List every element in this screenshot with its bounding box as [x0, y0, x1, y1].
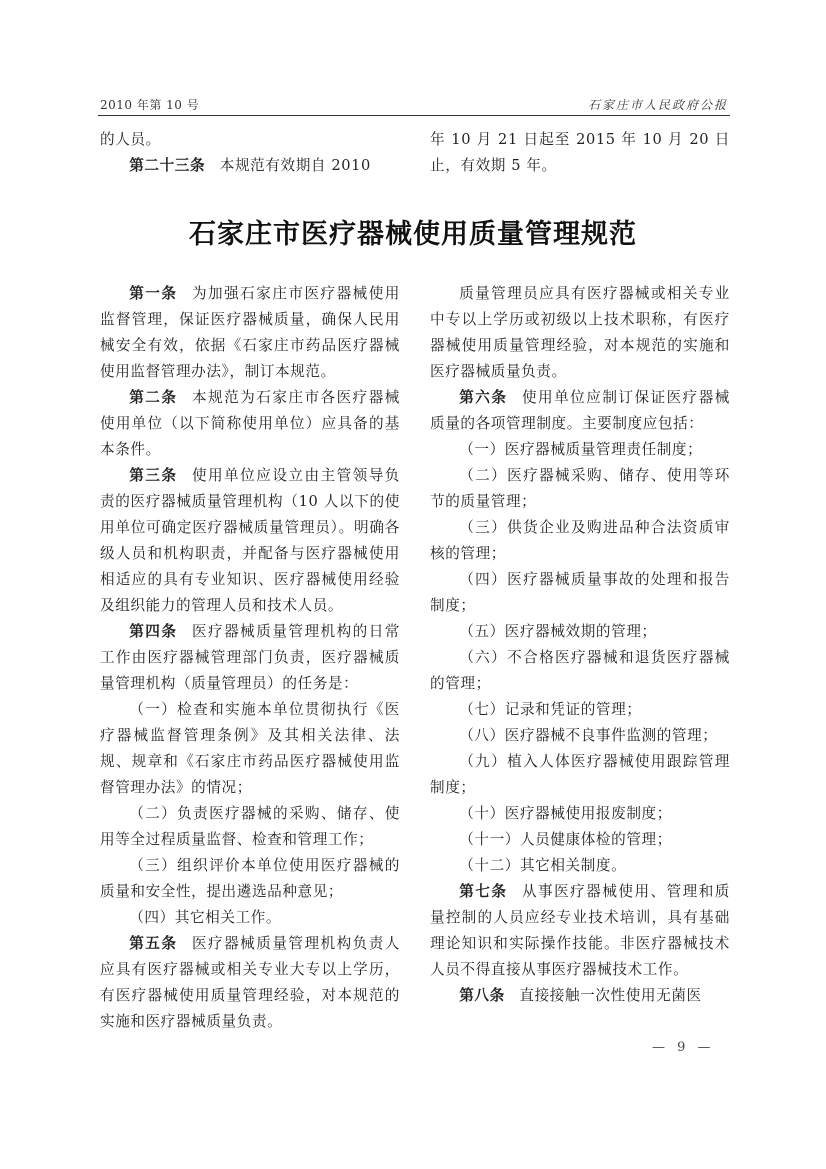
- article-2: 第二条本规范为石家庄市各医疗器械使用单位（以下简称使用单位）应具备的基本条件。: [100, 385, 400, 463]
- list-item: （三）供货企业及购进品种合法资质审核的管理；: [430, 515, 730, 567]
- page-number: — 9 —: [652, 1040, 715, 1055]
- article-label: 第三条: [129, 467, 177, 484]
- article-text: 直接接触一次性使用无菌医: [519, 987, 701, 1004]
- article-6: 第六条使用单位应制订保证医疗器械质量的各项管理制度。主要制度应包括：: [430, 385, 730, 437]
- article-text: 使用单位应设立由主管领导负责的医疗器械质量管理机构（10 人以下的使用单位可确定…: [100, 467, 400, 614]
- list-item: （四）医疗器械质量事故的处理和报告制度；: [430, 567, 730, 619]
- previous-document-left: 的人员。 第二十三条本规范有效期自 2010: [100, 127, 400, 179]
- article-label: 第四条: [129, 623, 177, 640]
- paragraph-continuation: 年 10 月 21 日起至 2015 年 10 月 20 日止，有效期 5 年。: [430, 127, 730, 179]
- list-item: （十二）其它相关制度。: [430, 853, 730, 879]
- paragraph-continuation: 质量管理员应具有医疗器械或相关专业中专以上学历或初级以上技术职称，有医疗器械使用…: [430, 281, 730, 385]
- article-4: 第四条医疗器械质量管理机构的日常工作由医疗器械管理部门负责，医疗器械质量管理机构…: [100, 619, 400, 697]
- paragraph-continuation: 的人员。: [100, 127, 400, 153]
- list-item: （十）医疗器械使用报废制度；: [430, 801, 730, 827]
- right-column: 质量管理员应具有医疗器械或相关专业中专以上学历或初级以上技术职称，有医疗器械使用…: [430, 281, 730, 1009]
- list-item: （六）不合格医疗器械和退货医疗器械的管理；: [430, 645, 730, 697]
- article-label: 第二条: [129, 389, 177, 406]
- article-3: 第三条使用单位应设立由主管领导负责的医疗器械质量管理机构（10 人以下的使用单位…: [100, 463, 400, 619]
- list-item: （五）医疗器械效期的管理；: [430, 619, 730, 645]
- article-label: 第二十三条: [129, 157, 205, 174]
- previous-document-right: 年 10 月 21 日起至 2015 年 10 月 20 日止，有效期 5 年。: [430, 127, 730, 179]
- article-label: 第五条: [129, 935, 177, 952]
- article-8: 第八条直接接触一次性使用无菌医: [430, 983, 730, 1009]
- article-text: 本规范有效期自 2010: [220, 157, 371, 174]
- list-item: （三）组织评价本单位使用医疗器械的质量和安全性，提出遴选品种意见；: [100, 853, 400, 905]
- left-column: 第一条为加强石家庄市医疗器械使用监督管理，保证医疗器械质量，确保人民用械安全有效…: [100, 281, 400, 1035]
- list-item: （四）其它相关工作。: [100, 905, 400, 931]
- article-label: 第七条: [459, 883, 507, 900]
- list-item: （一）检查和实施本单位贯彻执行《医疗器械监督管理条例》及其相关法律、法规、规章和…: [100, 697, 400, 801]
- article-23: 第二十三条本规范有效期自 2010: [100, 153, 400, 179]
- publication-name: 石家庄市人民政府公报: [588, 97, 728, 113]
- page-header: 2010 年第 10 号 石家庄市人民政府公报: [98, 96, 730, 116]
- list-item: （二）负责医疗器械的采购、储存、使用等全过程质量监督、检查和管理工作；: [100, 801, 400, 853]
- document-title: 石家庄市医疗器械使用质量管理规范: [0, 212, 826, 251]
- article-1: 第一条为加强石家庄市医疗器械使用监督管理，保证医疗器械质量，确保人民用械安全有效…: [100, 281, 400, 385]
- list-item: （二）医疗器械采购、储存、使用等环节的质量管理；: [430, 463, 730, 515]
- list-item: （九）植入人体医疗器械使用跟踪管理制度；: [430, 749, 730, 801]
- article-label: 第六条: [459, 389, 507, 406]
- list-item: （八）医疗器械不良事件监测的管理；: [430, 723, 730, 749]
- list-item: （十一）人员健康体检的管理；: [430, 827, 730, 853]
- article-label: 第八条: [459, 987, 505, 1004]
- list-item: （七）记录和凭证的管理；: [430, 697, 730, 723]
- article-label: 第一条: [129, 285, 177, 302]
- issue-number: 2010 年第 10 号: [100, 97, 199, 113]
- article-7: 第七条从事医疗器械使用、管理和质量控制的人员应经专业技术培训，具有基础理论知识和…: [430, 879, 730, 983]
- article-5: 第五条医疗器械质量管理机构负责人应具有医疗器械或相关专业大专以上学历，有医疗器械…: [100, 931, 400, 1035]
- list-item: （一）医疗器械质量管理责任制度；: [430, 437, 730, 463]
